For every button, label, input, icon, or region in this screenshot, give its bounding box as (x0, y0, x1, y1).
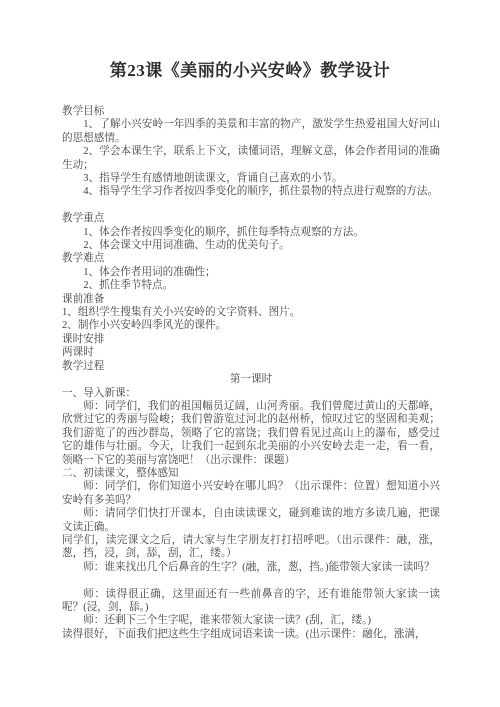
paragraph: 1、组织学生搜集有关小兴安岭的文字资料、图片。 (62, 306, 440, 319)
document-body: 教学目标1、了解小兴安岭一年四季的美景和丰富的物产，激发学生热爱祖国大好河山的思… (62, 105, 440, 641)
paragraph: 一、导入新课： (62, 387, 440, 400)
paragraph: 教学重点 (62, 212, 440, 225)
paragraph: 1、了解小兴安岭一年四季的美景和丰富的物产，激发学生热爱祖国大好河山的思想感情。 (62, 118, 440, 145)
paragraph: 读得很好，下面我们把这些生字组成词语来读一读。(出示课件：融化，涨满， (62, 628, 440, 641)
paragraph: 师：同学们，你们知道小兴安岭在哪儿吗？（出示课件：位置）想知道小兴安岭有多美吗？ (62, 480, 440, 507)
document-title: 第23课《美丽的小兴安岭》教学设计 (0, 59, 500, 82)
paragraph: 2、体会课文中用词准确、生动的优美句子。 (62, 239, 440, 252)
paragraph: 课时安排 (62, 333, 440, 346)
paragraph: 课前准备 (62, 293, 440, 306)
document-page: 第23课《美丽的小兴安岭》教学设计 教学目标1、了解小兴安岭一年四季的美景和丰富… (0, 0, 500, 707)
paragraph: 4、指导学生学习作者按四季变化的顺序，抓住景物的特点进行观察的方法。 (62, 185, 440, 198)
blank-line (62, 574, 440, 587)
paragraph: 1、体会作者按四季变化的顺序，抓住每季特点观察的方法。 (62, 226, 440, 239)
paragraph: 教学难点 (62, 252, 440, 265)
paragraph: 教学目标 (62, 105, 440, 118)
paragraph: 教学过程 (62, 360, 440, 373)
paragraph: 1、体会作者用词的准确性； (62, 266, 440, 279)
paragraph: 师：谁来找出几个后鼻音的生字？(融，涨，葱，挡。)能带领大家读一读吗？ (62, 561, 440, 574)
paragraph: 同学们，读完课文之后，请大家与生字朋友打打招呼吧。（出示课件：融，涨，葱，挡，浸… (62, 534, 440, 561)
paragraph: 2、制作小兴安岭四季风光的课件。 (62, 319, 440, 332)
paragraph: 第一课时 (62, 373, 440, 386)
paragraph: 师：同学们，我们的祖国幅员辽阔，山河秀丽。我们曾爬过黄山的天都峰，欣赏过它的秀丽… (62, 400, 440, 467)
paragraph: 师：读得很正确，这里面还有一些前鼻音的字，还有谁能带领大家读一读呢？(浸，剑，舔… (62, 588, 440, 615)
paragraph: 2、抓住季节特点。 (62, 279, 440, 292)
paragraph: 2、学会本课生字，联系上下文，读懂词语，理解文意，体会作者用词的准确生动； (62, 145, 440, 172)
paragraph: 二、初读课文，整体感知 (62, 467, 440, 480)
paragraph: 师：请同学们快打开课本，自由读读课文，碰到难读的地方多读几遍，把课文读正确。 (62, 507, 440, 534)
blank-line (62, 199, 440, 212)
paragraph: 3、指导学生有感情地朗读课文，背诵自己喜欢的小节。 (62, 172, 440, 185)
paragraph: 师：还剩下三个生字呢，谁来带领大家读一读？(刮，汇，缕。) (62, 614, 440, 627)
paragraph: 两课时 (62, 346, 440, 359)
